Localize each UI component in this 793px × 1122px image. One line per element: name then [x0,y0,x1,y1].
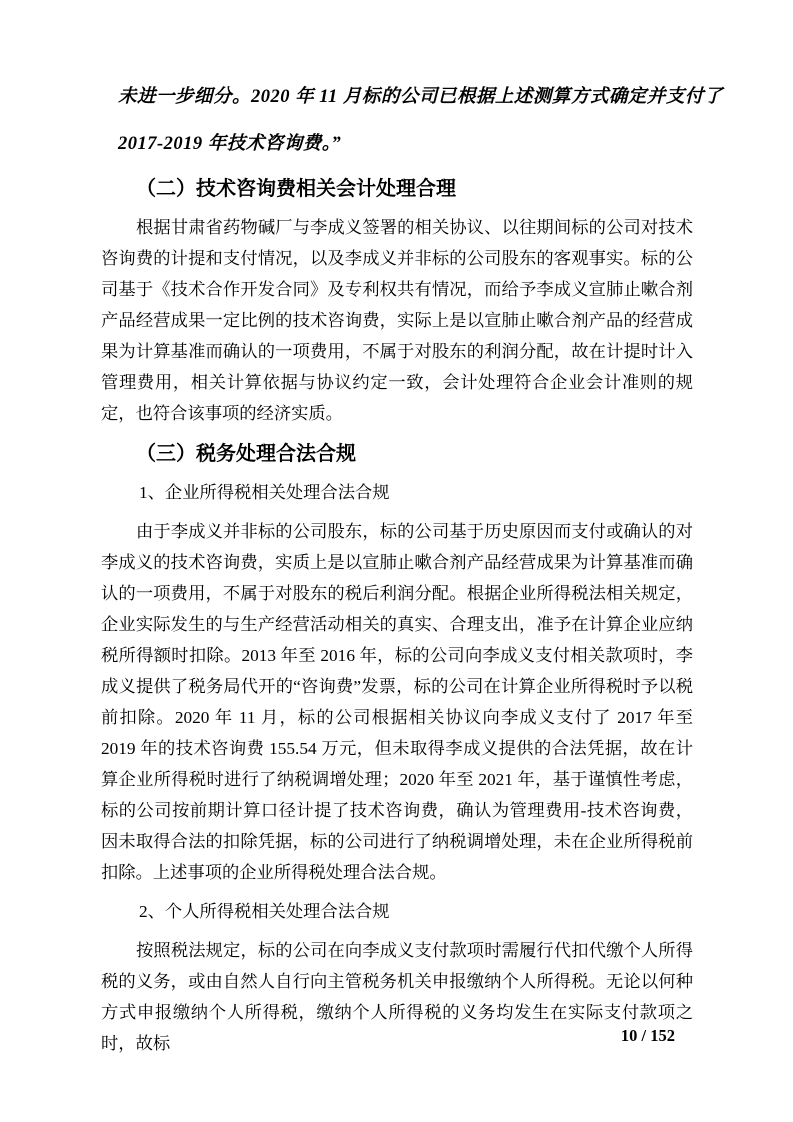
quote-paragraph: 未进一步细分。2020 年 11 月标的公司已根据上述测算方式确定并支付了 20… [101,74,693,168]
section-heading-tax: （三）税务处理合法合规 [101,439,693,469]
section-heading-accounting: （二）技术咨询费相关会计处理合理 [101,174,693,204]
page-number: 10 / 152 [621,1026,675,1046]
subheading-personal-income-tax: 2、个人所得税相关处理合法合规 [101,896,693,927]
paragraph-accounting: 根据甘肃省药物碱厂与李成义签署的相关协议、以往期间标的公司对技术咨询费的计提和支… [101,212,693,429]
quote-line-2: 2017-2019 年技术咨询费。” [101,121,693,168]
paragraph-personal-income-tax: 按照税法规定，标的公司在向李成义支付款项时需履行代扣代缴个人所得税的义务，或由自… [101,935,693,1059]
quote-line-1: 未进一步细分。2020 年 11 月标的公司已根据上述测算方式确定并支付了 [101,74,693,121]
document-page: 未进一步细分。2020 年 11 月标的公司已根据上述测算方式确定并支付了 20… [0,0,793,1122]
paragraph-corporate-income-tax: 由于李成义并非标的公司股东，标的公司基于历史原因而支付或确认的对李成义的技术咨询… [101,516,693,888]
subheading-corporate-income-tax: 1、企业所得税相关处理合法合规 [101,477,693,508]
